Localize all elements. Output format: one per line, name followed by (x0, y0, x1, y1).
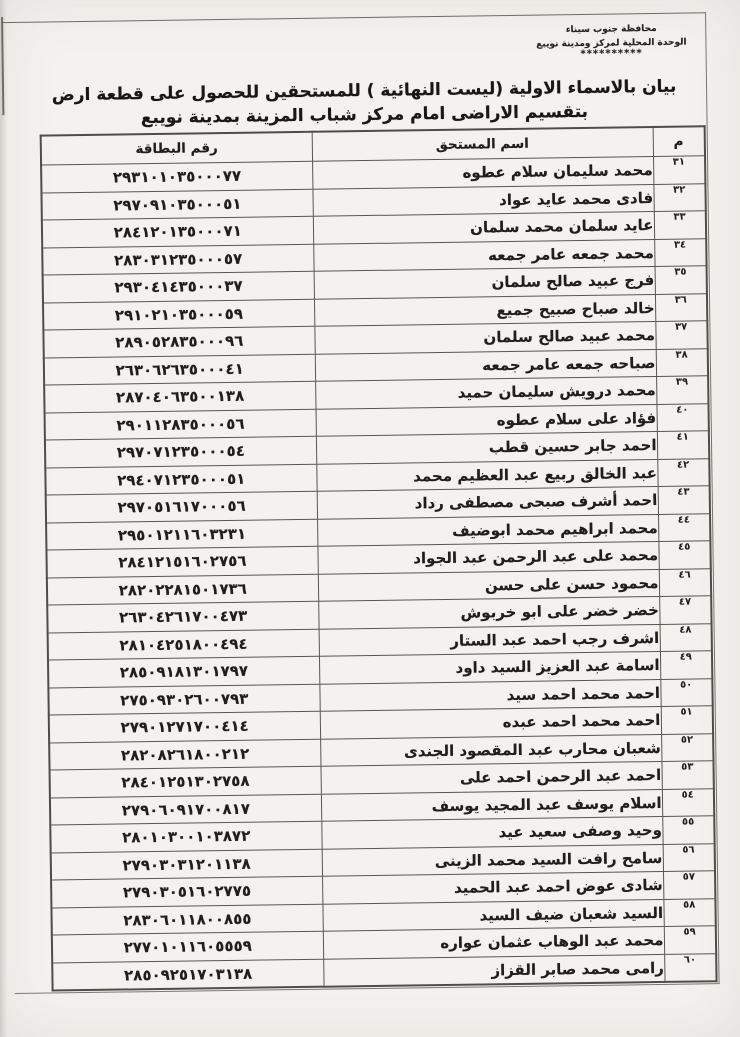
scanned-page: محافظة جنوب سيناء الوحدة المحلية لمركز و… (0, 0, 740, 1037)
row-index-cell: ٣٨ (656, 348, 708, 376)
card-number-cell: ٢٩٣١٠١٠٣٥٠٠٠٧٧ (41, 161, 312, 192)
card-number-cell: ٢٧٥٠٩٣٠٢٦٠٠٧٩٣ (48, 684, 319, 715)
document-title: بيان بالاسماء الاولية (ليست النهائية ) ل… (39, 75, 690, 132)
card-number-cell: ٢٦٣٠٤٢٦١٧٠٠٤٧٣ (47, 601, 318, 632)
row-index-cell: ٤٢ (657, 458, 709, 486)
row-index-cell: ٥٢ (661, 733, 713, 761)
header-index: م (653, 126, 705, 156)
row-index-cell: ٤٣ (658, 486, 710, 514)
card-number-cell: ٢٨٥٠٩١٨١٣٠١٧٩٧ (48, 656, 319, 687)
card-number-cell: ٢٨٣٠٣١٢٣٥٠٠٠٥٧ (42, 244, 313, 275)
page-content: محافظة جنوب سيناء الوحدة المحلية لمركز و… (0, 0, 740, 1037)
card-number-cell: ٢٨٣٠٦٠١١٨٠٠٨٥٥ (51, 904, 322, 935)
row-index-cell: ٤٧ (659, 596, 711, 624)
card-number-cell: ٢٨٠١٠٣٠٠١٠٣٨٧٢ (50, 821, 321, 852)
card-number-cell: ٢٨٤١٢١٥١٦٠٢٧٥٦ (46, 546, 317, 577)
card-number-cell: ٢٧٧٠١٠١١٦٠٥٥٥٩ (52, 931, 323, 962)
row-index-cell: ٤٤ (658, 513, 710, 541)
row-index-cell: ٣٢ (653, 183, 705, 211)
row-index-cell: ٣٤ (654, 238, 706, 266)
row-index-cell: ٥٠ (660, 678, 712, 706)
beneficiaries-table: م اسم المستحق رقم البطاقة ٣١ محمد سليمان… (40, 125, 718, 991)
row-index-cell: ٥٦ (663, 843, 715, 871)
header-card-number: رقم البطاقة (41, 132, 312, 165)
row-index-cell: ٥٣ (661, 761, 713, 789)
letterhead: محافظة جنوب سيناء الوحدة المحلية لمركز و… (522, 22, 700, 58)
card-number-cell: ٢٩٧٠٩١٠٣٥٠٠٠٥١ (41, 189, 312, 220)
card-number-cell: ٢٩١٠٢١٠٣٥٠٠٠٥٩ (43, 299, 314, 330)
card-number-cell: ٢٧٩٠٣٠٥١٦٠٢٧٧٥ (51, 876, 322, 907)
row-index-cell: ٥٤ (662, 788, 714, 816)
row-index-cell: ٣١ (653, 156, 705, 184)
card-number-cell: ٢٩٧٠٧١٢٣٥٠٠٠٥٤ (45, 436, 316, 467)
card-number-cell: ٢٩٧٠٥١٦١٧٠٠٠٥٦ (46, 491, 317, 522)
card-number-cell: ٢٦٣٠٦٢٦٣٥٠٠٠٤١ (44, 354, 315, 385)
table-body: ٣١ محمد سليمان سلام عطوه ٢٩٣١٠١٠٣٥٠٠٠٧٧ … (41, 156, 716, 991)
row-index-cell: ٣٧ (655, 321, 707, 349)
card-number-cell: ٢٩٥٠١٢١١٦٠٣٢٣١ (46, 519, 317, 550)
card-number-cell: ٢٨٧٠٤٠٦٣٥٠٠١٣٨ (44, 381, 315, 412)
row-index-cell: ٥١ (661, 706, 713, 734)
card-number-cell: ٢٨١٠٤٢٥١٨٠٠٤٩٤ (48, 629, 319, 660)
row-index-cell: ٥٩ (664, 926, 716, 954)
row-index-cell: ٤١ (657, 431, 709, 459)
row-index-cell: ٤٠ (656, 403, 708, 431)
row-index-cell: ٥٨ (663, 898, 715, 926)
header-beneficiary-name: اسم المستحق (312, 127, 653, 161)
card-number-cell: ٢٩٠١١٢٨٣٥٠٠٠٥٦ (45, 409, 316, 440)
card-number-cell: ٢٨٥٠٩٢٥١٧٠٣١٣٨ (52, 959, 323, 991)
card-number-cell: ٢٨٩٠٥٢٨٣٥٠٠٠٩٦ (43, 326, 314, 357)
row-index-cell: ٤٦ (659, 568, 711, 596)
card-number-cell: ٢٧٩٠٣٠٣١٢٠١١٣٨ (51, 849, 322, 880)
row-index-cell: ٣٩ (656, 376, 708, 404)
card-number-cell: ٢٩٤٠٧١٢٣٥٠٠٠٥١ (45, 464, 316, 495)
card-number-cell: ٢٨٤٠١٢٥١٣٠٢٧٥٨ (50, 766, 321, 797)
row-index-cell: ٦٠ (664, 953, 716, 982)
row-index-cell: ٣٥ (655, 266, 707, 294)
row-index-cell: ٥٧ (663, 871, 715, 899)
card-number-cell: ٢٨٢٠٢٢٨١٥٠١٧٣٦ (47, 574, 318, 605)
beneficiary-name-cell: رامى محمد صابر القزاز (323, 954, 664, 987)
card-number-cell: ٢٧٩٠١٢٧١٧٠٠٤١٤ (49, 711, 320, 742)
card-number-cell: ٢٨٤١٢٠١٣٥٠٠٠٧١ (42, 216, 313, 247)
row-index-cell: ٤٩ (660, 651, 712, 679)
card-number-cell: ٢٩٣٠٤١٤٣٥٠٠٠٣٧ (43, 271, 314, 302)
card-number-cell: ٢٨٢٠٨٢٦١٨٠٠٢١٢ (49, 739, 320, 770)
row-index-cell: ٣٣ (654, 211, 706, 239)
row-index-cell: ٤٥ (658, 541, 710, 569)
row-index-cell: ٣٦ (655, 293, 707, 321)
row-index-cell: ٥٥ (662, 816, 714, 844)
row-index-cell: ٤٨ (660, 623, 712, 651)
card-number-cell: ٢٧٩٠٦٠٩١٧٠٠٨١٧ (50, 794, 321, 825)
